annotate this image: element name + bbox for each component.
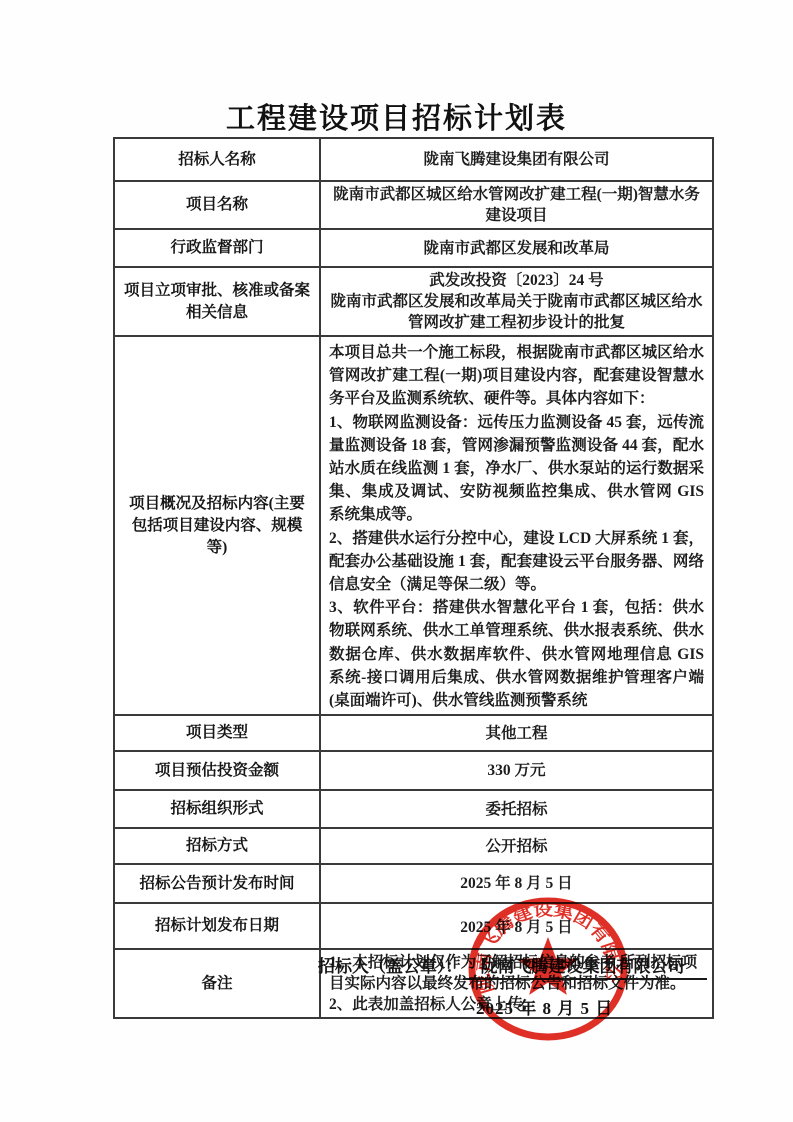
row-value-bidder-name: 陇南飞腾建设集团有限公司 — [320, 138, 713, 181]
row-label-estimated-investment: 项目预估投资金额 — [114, 751, 320, 790]
table-row: 招标方式 公开招标 — [114, 828, 713, 864]
row-label-remarks: 备注 — [114, 949, 320, 1018]
row-label-supervision-dept: 行政监督部门 — [114, 229, 320, 267]
row-label-project-overview: 项目概况及招标内容(主要包括项目建设内容、规模等) — [114, 336, 320, 715]
row-label-approval-info: 项目立项审批、核准或备案相关信息 — [114, 267, 320, 336]
row-value-estimated-investment: 330 万元 — [320, 751, 713, 790]
overview-paragraph: 3、软件平台：搭建供水智慧化平台 1 套，包括：供水物联网系统、供水工单管理系统… — [329, 596, 704, 712]
overview-paragraph: 本项目总共一个施工标段，根据陇南市武都区城区给水管网改扩建工程(一期)项目建设内… — [329, 341, 704, 411]
signature-date: 2025 年 8 月 5 日 — [476, 994, 613, 1019]
table-row: 项目概况及招标内容(主要包括项目建设内容、规模等) 本项目总共一个施工标段，根据… — [114, 336, 713, 715]
row-label-org-form: 招标组织形式 — [114, 790, 320, 828]
row-value-project-overview: 本项目总共一个施工标段，根据陇南市武都区城区给水管网改扩建工程(一期)项目建设内… — [320, 336, 713, 715]
table-row: 招标计划发布日期 2025 年 8 月 5 日 — [114, 903, 713, 949]
table-row: 招标公告预计发布时间 2025 年 8 月 5 日 — [114, 864, 713, 903]
overview-paragraph: 2、搭建供水运行分控中心，建设 LCD 大屏系统 1 套，配套办公基础设施 1 … — [329, 527, 704, 597]
table-row: 行政监督部门 陇南市武都区发展和改革局 — [114, 229, 713, 267]
table-row: 项目类型 其他工程 — [114, 715, 713, 751]
row-label-project-type: 项目类型 — [114, 715, 320, 751]
bid-plan-table: 招标人名称 陇南飞腾建设集团有限公司 项目名称 陇南市武都区城区给水管网改扩建工… — [113, 137, 714, 1019]
row-label-bidder-name: 招标人名称 — [114, 138, 320, 181]
overview-paragraph: 1、物联网监测设备：远传压力监测设备 45 套，远传流量监测设备 18 套，管网… — [329, 411, 704, 527]
row-label-bid-method: 招标方式 — [114, 828, 320, 864]
row-value-approval-info: 武发改投资〔2023〕24 号 陇南市武都区发展和改革局关于陇南市武都区城区给水… — [320, 267, 713, 336]
row-label-plan-publish-date: 招标计划发布日期 — [114, 903, 320, 949]
row-label-project-name: 项目名称 — [114, 181, 320, 229]
table-row: 招标人名称 陇南飞腾建设集团有限公司 — [114, 138, 713, 181]
approval-doc-title: 陇南市武都区发展和改革局关于陇南市武都区城区给水管网改扩建工程初步设计的批复 — [329, 291, 704, 333]
table-row: 项目名称 陇南市武都区城区给水管网改扩建工程(一期)智慧水务建设项目 — [114, 181, 713, 229]
page-title: 工程建设项目招标计划表 — [0, 96, 793, 137]
row-value-project-name: 陇南市武都区城区给水管网改扩建工程(一期)智慧水务建设项目 — [320, 181, 713, 229]
row-value-supervision-dept: 陇南市武都区发展和改革局 — [320, 229, 713, 267]
row-value-bid-method: 公开招标 — [320, 828, 713, 864]
table-row: 招标组织形式 委托招标 — [114, 790, 713, 828]
table-row: 项目立项审批、核准或备案相关信息 武发改投资〔2023〕24 号 陇南市武都区发… — [114, 267, 713, 336]
row-value-plan-publish-date: 2025 年 8 月 5 日 — [320, 903, 713, 949]
row-label-announcement-date: 招标公告预计发布时间 — [114, 864, 320, 903]
table-row: 项目预估投资金额 330 万元 — [114, 751, 713, 790]
row-value-org-form: 委托招标 — [320, 790, 713, 828]
row-value-announcement-date: 2025 年 8 月 5 日 — [320, 864, 713, 903]
bidder-signature-line: 招标人（盖公章）：陇南飞腾建设集团有限公司 — [318, 952, 707, 980]
approval-doc-number: 武发改投资〔2023〕24 号 — [329, 270, 704, 291]
sign-label: 招标人（盖公章）： — [318, 957, 463, 976]
document-page: 工程建设项目招标计划表 招标人名称 陇南飞腾建设集团有限公司 项目名称 陇南市武… — [0, 0, 793, 1122]
bidder-name-signed: 陇南飞腾建设集团有限公司 — [463, 952, 707, 980]
row-value-project-type: 其他工程 — [320, 715, 713, 751]
